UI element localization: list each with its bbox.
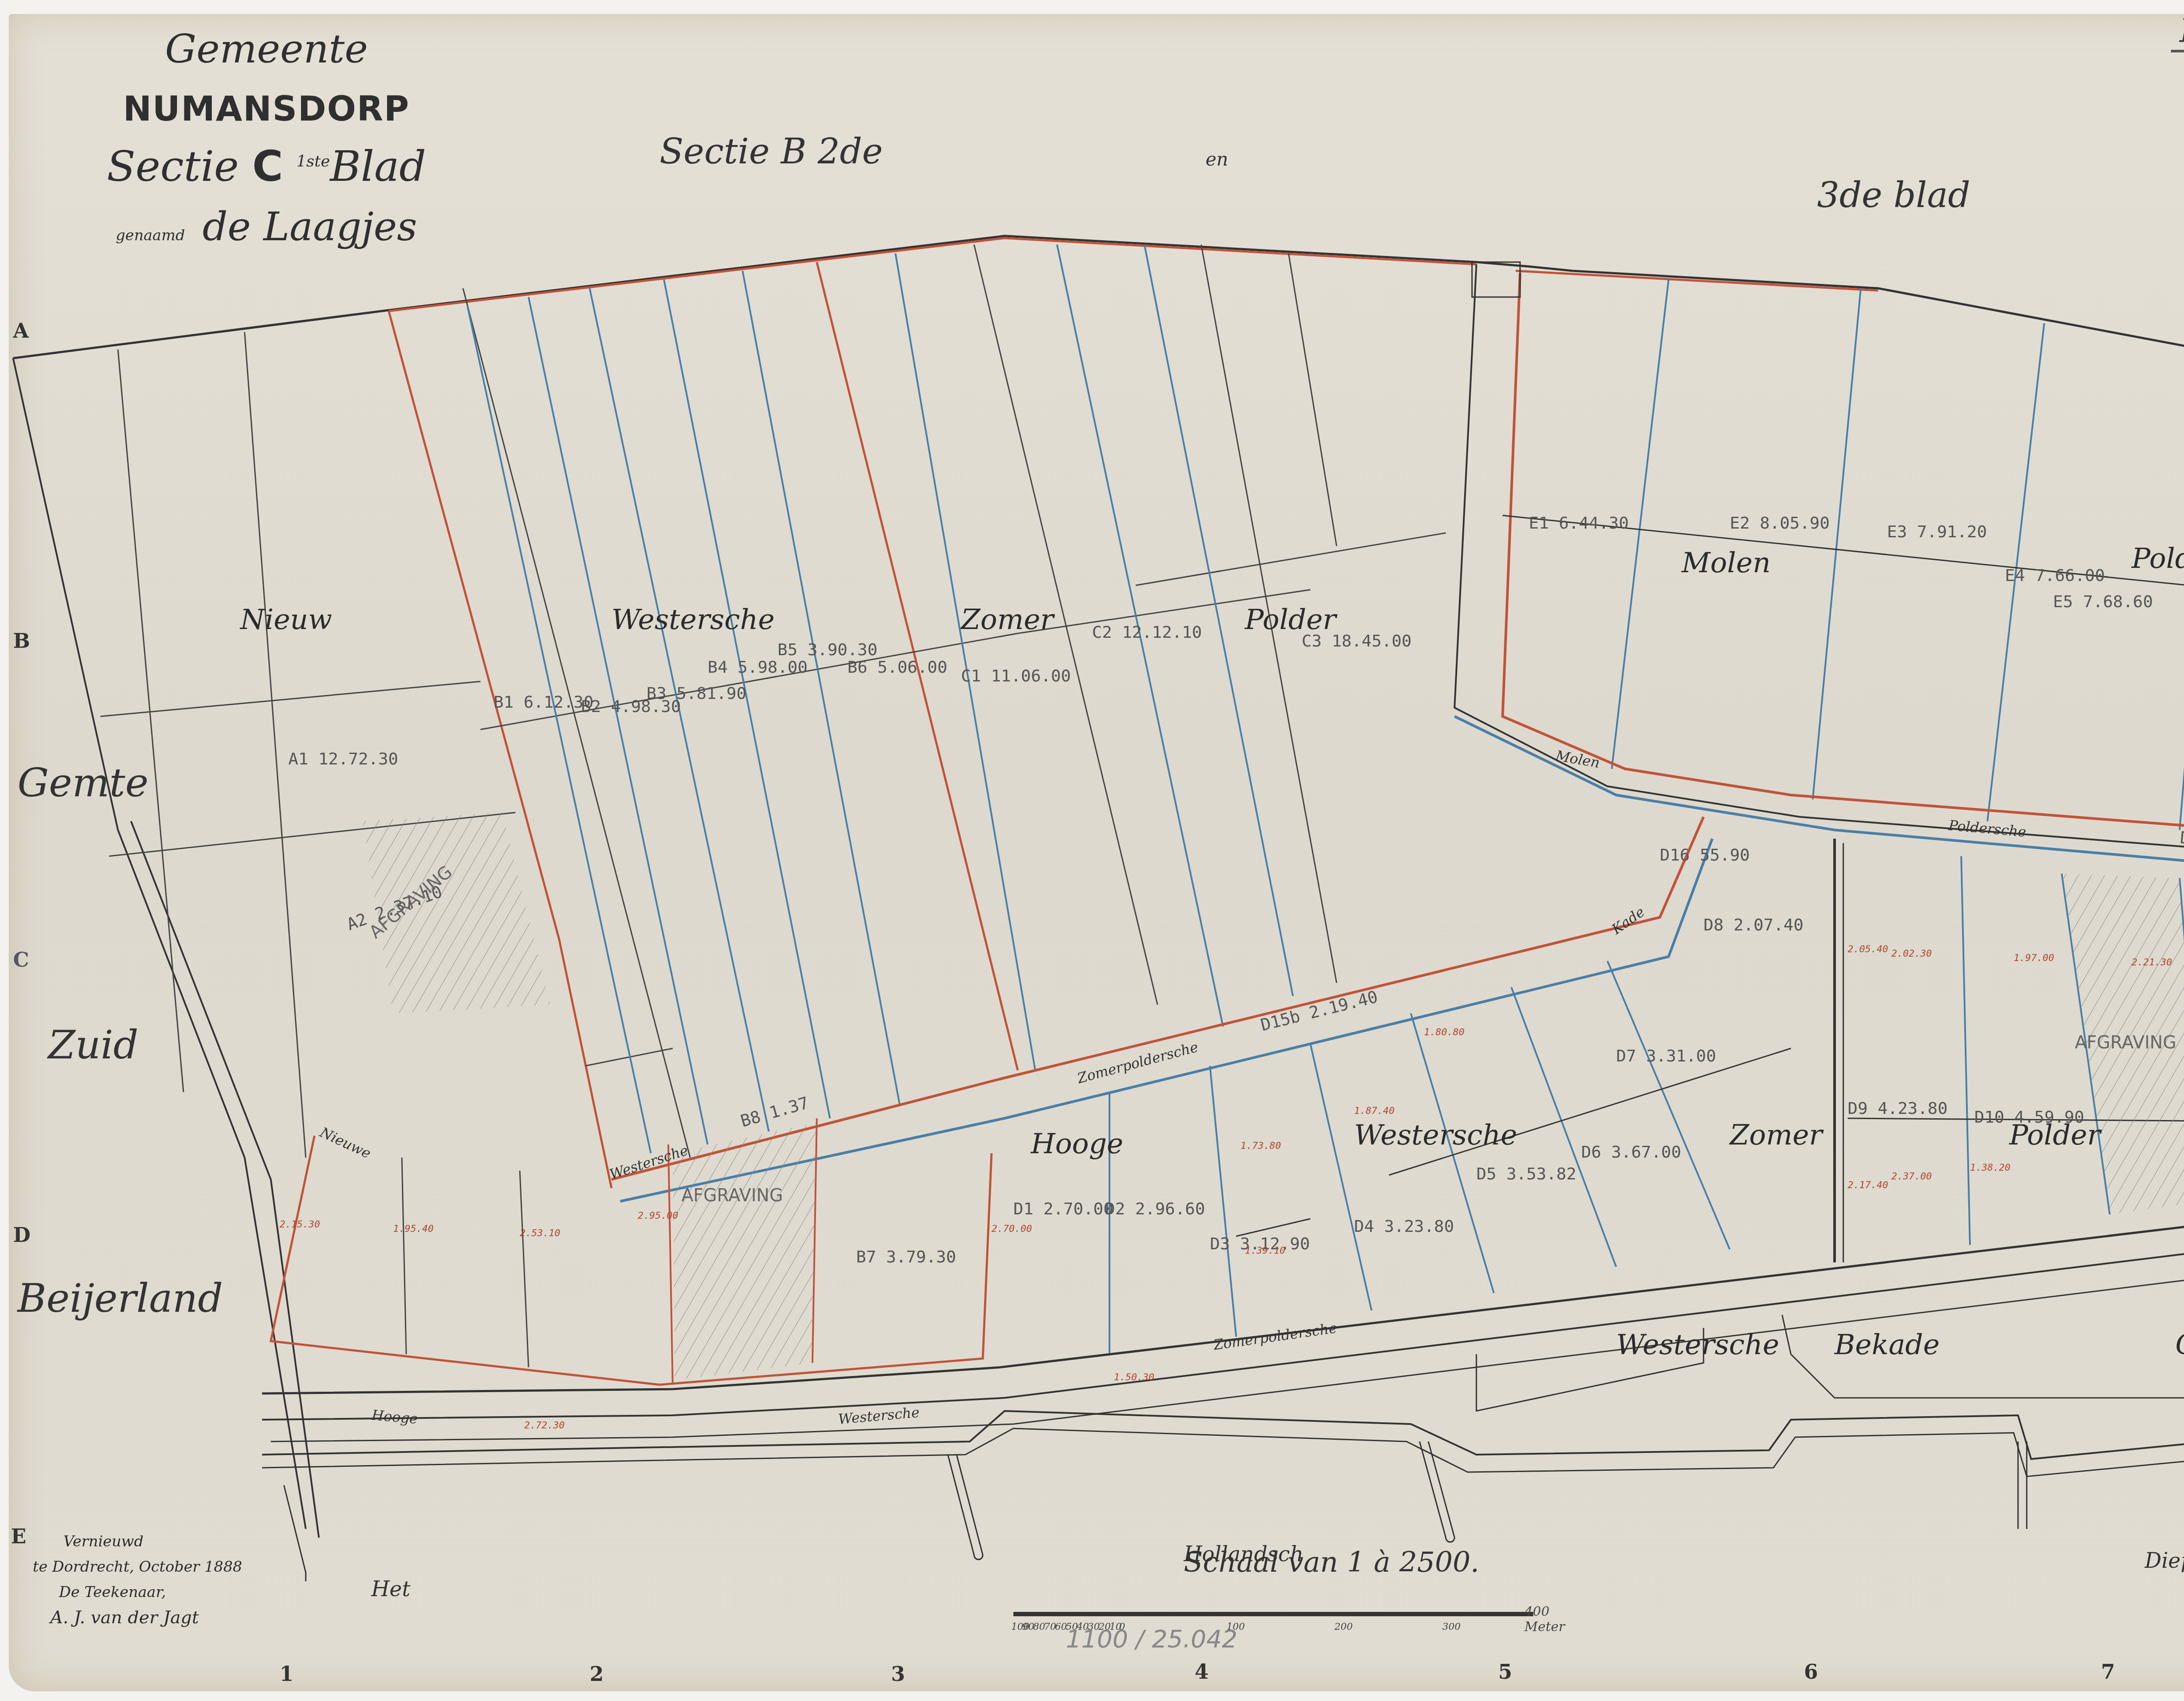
svg-text:D1 2.70.00: D1 2.70.00 <box>1013 1199 1113 1218</box>
svg-text:E5 7.68.60: E5 7.68.60 <box>2053 592 2153 611</box>
svg-text:1.80.80: 1.80.80 <box>1424 1027 1465 1038</box>
side-label-beijerland: Beijerland <box>17 1276 223 1321</box>
grid-ref-bottom-5: 5 <box>1498 1660 1512 1684</box>
svg-text:C2 12.12.10: C2 12.12.10 <box>1092 622 1202 642</box>
svg-text:D4 3.23.80: D4 3.23.80 <box>1354 1217 1454 1236</box>
scale-label: Schaal van 1 à 2500. <box>1184 1546 1479 1579</box>
label-het: Het <box>371 1577 411 1601</box>
polder-label-westersche-top: Westersche <box>612 604 774 636</box>
svg-text:D15a 4.01.90: D15a 4.01.90 <box>2179 828 2184 857</box>
svg-text:2.72.30: 2.72.30 <box>524 1420 565 1431</box>
grid-ref-bottom-2: 2 <box>590 1662 604 1686</box>
svg-text:2.53.10: 2.53.10 <box>520 1228 560 1239</box>
grid-ref-bottom-1: 1 <box>280 1662 294 1686</box>
title-gemeente: Gemeente <box>70 26 463 72</box>
certification-left: Vernieuwd te Dordrecht, October 1888 De … <box>33 1529 242 1630</box>
grid-ref-left-d: D <box>13 1223 31 1247</box>
svg-text:2.02.30: 2.02.30 <box>1891 948 1932 959</box>
svg-text:E2 8.05.90: E2 8.05.90 <box>1730 513 1830 532</box>
grid-ref-left-e: E <box>11 1525 26 1548</box>
header-sectie-b: Sectie B 2de <box>660 131 883 172</box>
svg-text:D7 3.31.00: D7 3.31.00 <box>1616 1046 1716 1065</box>
svg-text:1.38.20: 1.38.20 <box>1970 1162 2011 1173</box>
svg-text:E4 7.66.00: E4 7.66.00 <box>2005 566 2105 585</box>
svg-text:B6 5.06.00: B6 5.06.00 <box>847 657 947 677</box>
red-boundary-top <box>389 238 1476 311</box>
svg-text:C1 11.06.00: C1 11.06.00 <box>961 666 1071 685</box>
svg-text:1.97.00: 1.97.00 <box>2014 953 2054 964</box>
polder-label-polder-molen: Polder <box>2131 543 2184 575</box>
pencil-archive-note: 1100 / 25.042 <box>1066 1625 1237 1653</box>
svg-text:1.50.30: 1.50.30 <box>1114 1372 1154 1383</box>
svg-text:2.15.30: 2.15.30 <box>280 1219 320 1230</box>
red-boundary-nieuw <box>389 311 612 1188</box>
molen-polder-boundary <box>1503 273 2184 843</box>
polder-label-hooge: Hooge <box>1030 1128 1123 1160</box>
grid-ref-left-c: C <box>13 948 29 972</box>
side-label-gem: Gemte <box>17 760 149 806</box>
title-block: Gemeente NUMANSDORP Sectie C 1steBlad ge… <box>70 26 463 250</box>
svg-text:1.73.80: 1.73.80 <box>1241 1141 1281 1151</box>
grid-ref-left-b: B <box>13 629 30 653</box>
polder-label-molen: Molen <box>1681 547 1771 579</box>
svg-text:2.21.30: 2.21.30 <box>2132 957 2172 968</box>
svg-text:B7 3.79.30: B7 3.79.30 <box>856 1247 956 1266</box>
svg-text:D16 55.90: D16 55.90 <box>1660 845 1750 864</box>
polder-label-gorzen: Gorzen <box>2175 1329 2184 1361</box>
svg-text:2.95.00: 2.95.00 <box>638 1210 678 1221</box>
waterway-label-poldersche: Poldersche <box>1947 817 2027 840</box>
grid-ref-bottom-6: 6 <box>1804 1660 1818 1684</box>
label-diep: Diep <box>2145 1549 2184 1573</box>
title-genaamd: genaamdde Laagjes <box>70 204 463 250</box>
title-sectie: Sectie C 1steBlad <box>70 142 463 191</box>
grid-ref-bottom-7: 7 <box>2101 1660 2115 1684</box>
scale-bar-line <box>1013 1612 1533 1616</box>
header-blad3: 3de blad <box>1817 175 1970 215</box>
grid-ref-bottom-3: 3 <box>891 1662 905 1686</box>
parcel-lines-black <box>100 245 1446 1158</box>
waterway-label-kade-1: Kade <box>1608 903 1648 938</box>
left-boundary <box>13 358 306 1529</box>
cadastral-map: Nieuw Westersche Zomer Polder Molen Pold… <box>0 0 2184 1701</box>
polder-label-westersche-low: Westersche <box>1616 1329 1779 1361</box>
zomerpoldersche-channel <box>612 817 1704 1179</box>
svg-text:2.17.40: 2.17.40 <box>1848 1180 1888 1191</box>
polder-label-zomer-top: Zomer <box>960 604 1055 636</box>
svg-text:1.95.40: 1.95.40 <box>393 1224 434 1234</box>
polder-label-nieuw: Nieuw <box>239 604 332 636</box>
polder-label-zomer-mid: Zomer <box>1729 1119 1824 1151</box>
svg-text:A1 12.72.30: A1 12.72.30 <box>288 749 398 768</box>
waterway-label-hooge-road: Hooge <box>370 1407 418 1427</box>
grid-ref-left-a: A <box>13 319 29 342</box>
svg-text:D5 3.53.82: D5 3.53.82 <box>1476 1164 1576 1183</box>
polder-label-bekade: Bekade <box>1834 1329 1940 1361</box>
svg-text:D9 4.23.80: D9 4.23.80 <box>1848 1099 1948 1118</box>
afgraving-label-b: AFGRAVING <box>681 1186 783 1206</box>
svg-text:D6 3.67.00: D6 3.67.00 <box>1581 1142 1681 1162</box>
waterway-label-nieuwe: Nieuwe <box>317 1124 373 1162</box>
svg-text:B1 6.12.30: B1 6.12.30 <box>494 692 594 712</box>
waterway-label-zomerpoldersche-2: Zomerpoldersche <box>1212 1320 1338 1353</box>
polder-label-westersche-mid: Westersche <box>1354 1119 1517 1151</box>
svg-text:D10 4.59.90: D10 4.59.90 <box>1974 1107 2084 1127</box>
svg-text:D2 2.96.60: D2 2.96.60 <box>1105 1199 1205 1218</box>
corner-reference: Numansdorp C <box>2171 12 2184 52</box>
lower-zomerpoldersche <box>262 1197 2184 1393</box>
svg-text:1.39.10: 1.39.10 <box>1245 1245 1286 1256</box>
parcel-codes: A1 12.72.30 A2 2.37.10 B1 6.12.30 B2 4.9… <box>288 513 2184 1266</box>
svg-text:B4 5.98.00: B4 5.98.00 <box>708 657 808 677</box>
svg-text:C3 18.45.00: C3 18.45.00 <box>1302 631 1412 650</box>
header-en: en <box>1206 149 1228 170</box>
afgraving-label-d: AFGRAVING <box>2075 1033 2176 1053</box>
svg-text:1.87.40: 1.87.40 <box>1354 1106 1395 1117</box>
side-label-zuid: Zuid <box>48 1022 138 1068</box>
afgraving-area-b <box>673 1123 817 1380</box>
svg-text:E3 7.91.20: E3 7.91.20 <box>1887 522 1987 541</box>
svg-text:B8 1.37: B8 1.37 <box>738 1093 811 1131</box>
svg-text:E1 6.44.30: E1 6.44.30 <box>1529 513 1629 532</box>
svg-text:D8 2.07.40: D8 2.07.40 <box>1704 915 1804 934</box>
waterway-label-westersche-road: Westersche <box>837 1404 920 1428</box>
scale-unit: 400 Meter <box>1524 1604 1565 1635</box>
grid-ref-bottom-4: 4 <box>1195 1660 1209 1684</box>
svg-text:B3 5.81.90: B3 5.81.90 <box>646 684 746 703</box>
svg-text:2.37.00: 2.37.00 <box>1891 1171 1932 1182</box>
svg-text:2.05.40: 2.05.40 <box>1848 944 1888 955</box>
svg-text:2.70.00: 2.70.00 <box>992 1224 1032 1234</box>
svg-text:B5 3.90.30: B5 3.90.30 <box>778 640 878 659</box>
title-place: NUMANSDORP <box>70 90 463 129</box>
